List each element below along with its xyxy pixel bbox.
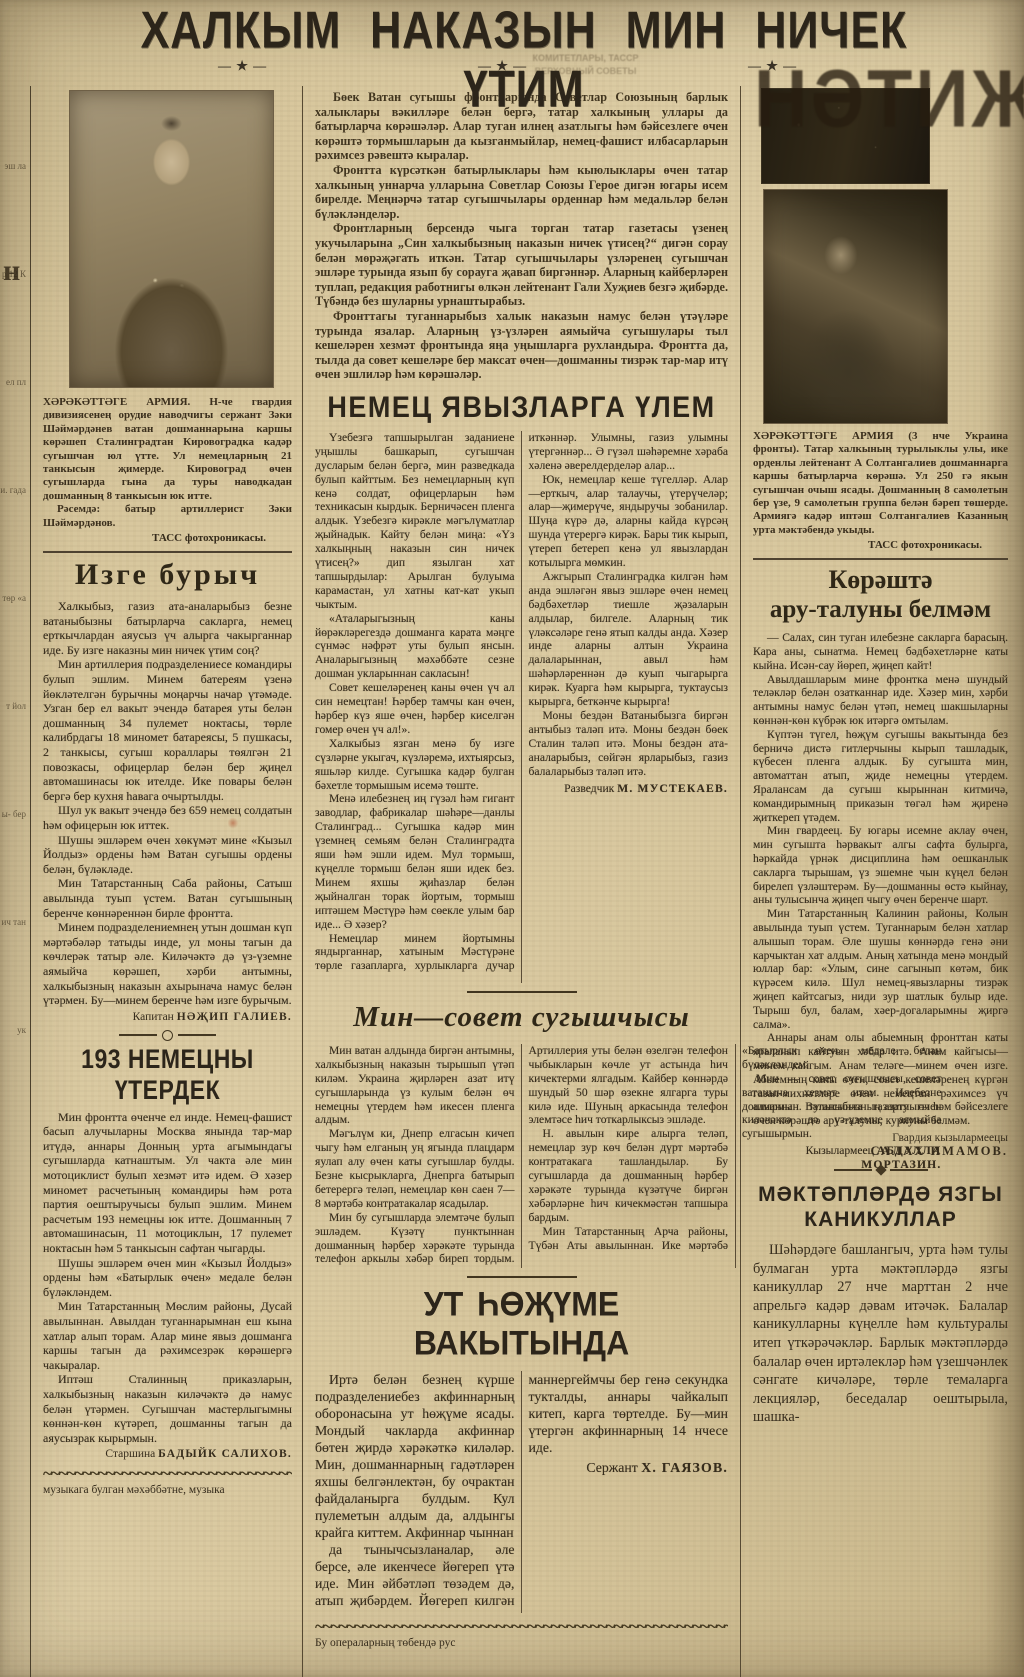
dash-divider: [315, 991, 728, 993]
paragraph: Халкыбыз, газиз ата-аналарыбыз безне ват…: [43, 599, 292, 657]
paragraph: Иртә белән безнең күрше подразделениебез…: [315, 1371, 515, 1541]
left-page-edge: эш лар 12 Кел пли. гада төр «ат йол ы- б…: [0, 86, 31, 1677]
star-divider: — ★ —: [478, 58, 527, 74]
horizontal-rule: [43, 551, 292, 553]
paragraph: Юк, немецлар кеше түгелләр. Алар—ерткыч,…: [529, 473, 729, 570]
paragraph: Фронтларның берсендә чыга торган татар г…: [315, 221, 728, 309]
paragraph: Шушы эшләрем өчен мин «Кызыл Йолдыз» орд…: [43, 1256, 292, 1300]
paragraph: Шәһәрдәге башлангыч, урта һәм тулы булма…: [753, 1241, 1008, 1427]
paragraph: Минем подразделениемнең утын дошман күп …: [43, 920, 292, 1008]
paragraph: Мин фронтта өченче ел инде. Немец-фашист…: [43, 1110, 292, 1256]
newspaper-page: КОМИТЕТЛАРЫ, ТАССР ВЕРХОВНЫЙ СОВЕТЫ ХАЛК…: [0, 0, 1024, 1677]
signature-rank: Гвардия кызылармеецы: [892, 1132, 1008, 1144]
paragraph: Мәгълүм ки, Днепр елгасын кичеп чыгу һәм…: [315, 1127, 515, 1210]
article-body-two-columns: Мин ватан алдында биргән антымны, халкыб…: [315, 1044, 728, 1268]
paragraph: Аннары анам олы абыемның фронттан каты я…: [753, 1031, 1008, 1128]
signature-rank: Сержант: [586, 1460, 637, 1475]
paragraph: Иптәш Сталинның приказларын, халкыбызның…: [43, 1372, 292, 1445]
wavy-rule: [43, 1468, 292, 1480]
paragraph: Ажгырып Сталинградка килгән һәм анда эшл…: [529, 570, 729, 709]
wavy-rule: [315, 1621, 728, 1633]
paragraph: Үзебезгә тапшырылган заданиене уңышлы ба…: [315, 431, 515, 612]
paragraph: Мин гвардеец. Бу югары исемне аклау өчен…: [753, 824, 1008, 907]
signature-name: БАДЫЙК САЛИХОВ.: [158, 1448, 292, 1460]
star-divider: — ★ —: [218, 58, 267, 74]
photo-caption: ХӘРӘКӘТТӘГЕ АРМИЯ (3 нче Украина фронты)…: [753, 430, 1008, 537]
paragraph: — Салах, син туган илебезне сакларга бар…: [753, 631, 1008, 672]
diamond-ornament: [753, 1166, 1008, 1174]
signature-name: Х. ГАЯЗОВ.: [641, 1460, 728, 1475]
article-title-mekteplerde-line2: КАНИКУЛЛАР: [753, 1207, 1008, 1232]
signature-name: НӘҖИП ГАЛИЕВ.: [177, 1011, 292, 1023]
paragraph: Шул ук вакыт эчендә без 659 немец солдат…: [43, 803, 292, 832]
column-grid: эш лар 12 Кел пли. гада төр «ат йол ы- б…: [0, 86, 1024, 1677]
masthead: КОМИТЕТЛАРЫ, ТАССР ВЕРХОВНЫЙ СОВЕТЫ ХАЛК…: [0, 0, 1024, 86]
pilot-photo: [763, 189, 948, 424]
paragraph: Менә илебезнең иң гүзәл һәм гигант завод…: [315, 792, 515, 931]
paragraph: Күптән түгел, һөҗүм сугышы вакытында без…: [753, 728, 1008, 825]
article-body: Халкыбыз, газиз ата-аналарыбыз безне ват…: [43, 599, 292, 1008]
horizontal-rule: [753, 558, 1008, 560]
signature-rank: Капитан: [133, 1011, 174, 1023]
photo-credit: ТАСС фотохроникасы.: [753, 539, 1008, 551]
article-title-193-nemecny: 193 НЕМЕЦНЫ ҮТЕРДЕК: [43, 1044, 292, 1106]
paragraph: Совет кешеләренең каны өчен үч ал син не…: [315, 681, 515, 737]
right-column: ХӘРӘКӘТТӘГЕ АРМИЯ (3 нче Украина фронты)…: [741, 86, 1024, 1677]
signature: Гвардия кызылармеецы САЛАХ ИМАМОВ.: [753, 1132, 1008, 1159]
signature: Старшина БАДЫЙК САЛИХОВ.: [43, 1448, 292, 1460]
article-body: — Салах, син туган илебезне сакларга бар…: [753, 631, 1008, 1128]
signature-rank: Разведчик: [564, 782, 614, 795]
signature-rank: Старшина: [105, 1448, 155, 1460]
star-divider: — ★ —: [748, 58, 797, 74]
paragraph: Фронттагы туганнарыбыз халык наказын нам…: [315, 309, 728, 382]
cut-off-next-article: Бу операларның төбендә рус: [315, 1637, 728, 1650]
paragraph: Авылдашларым мине фронтка менә шундый те…: [753, 673, 1008, 728]
cut-off-next-article: музыкага булган мәхәббәтне, музыка: [43, 1484, 292, 1497]
signature: Разведчик М. МУСТЕКАЕВ.: [529, 782, 729, 796]
signature: Капитан НӘҖИП ГАЛИЕВ.: [43, 1011, 292, 1023]
article-title-ut-hojume: УТ ҺӨҖҮМЕ ВАКЫТЫНДА: [315, 1285, 728, 1363]
paragraph: Мин Татарстанның Калинин районы, Колын а…: [753, 907, 1008, 1031]
paragraph: Шушы эшләрем өчен хөкүмәт мине «Кызыл Йо…: [43, 833, 292, 877]
article-body: Мин фронтта өченче ел инде. Немец-фашист…: [43, 1110, 292, 1446]
article-title-mekteplerde: МӘКТӘПЛӘРДӘ ЯЗГЫ: [753, 1182, 1008, 1207]
photo-caption: ХӘРӘКӘТТӘГЕ АРМИЯ. Н-че гвардия дивизияс…: [43, 396, 292, 503]
paragraph: Мин Татарстанның Саба районы, Сатыш авыл…: [43, 876, 292, 920]
article-title-min-sovet: Мин—совет сугышчысы: [315, 1001, 728, 1034]
paragraph: «Аталарыгызның каны йөрәкләрегездә дошма…: [315, 612, 515, 682]
paragraph: Моны бездән Ватаныбызга биргән антыбыз т…: [529, 709, 729, 779]
paragraph: Мин ватан алдында биргән антымны, халкыб…: [315, 1044, 515, 1127]
left-column: ХӘРӘКӘТТӘГЕ АРМИЯ. Н-че гвардия дивизияс…: [31, 86, 303, 1677]
paragraph: Н. авылын кире алырга теләп, немецлар зу…: [529, 1127, 729, 1224]
cut-off-letter: н: [3, 254, 20, 288]
signature: Сержант Х. ГАЯЗОВ.: [529, 1459, 729, 1476]
article-title-nemec-yavyzlarga: НЕМЕЦ ЯВЫЗЛАРГА ҮЛЕМ: [315, 390, 728, 424]
signature-name: САЛАХ ИМАМОВ.: [753, 1144, 1008, 1159]
editorial-intro: Бөек Ватан сугышы фронтларында Советлар …: [315, 90, 728, 382]
article-title-koreshte: Көрәштә: [753, 566, 1008, 594]
paragraph: Фронтта күрсәткән батырлыклары һәм кыюлы…: [315, 163, 728, 221]
photo-caption-line: Рәсемдә: батыр артиллерист Зәки Шәймәрдә…: [43, 503, 292, 530]
photo-credit: ТАСС фотохроникасы.: [43, 532, 292, 544]
paragraph: Халкыбыз язган менә бу изге сүзләрне укы…: [315, 737, 515, 793]
dash-divider: [315, 1276, 728, 1278]
article-title-koreshte-line2: ару-талуны белмәм: [753, 596, 1008, 623]
paragraph: Мин Татарстанның Мөслим районы, Дусай ав…: [43, 1299, 292, 1372]
article-body-two-columns: Иртә белән безнең күрше подразделениебез…: [315, 1371, 728, 1613]
paragraph: Мин артиллерия подразделениесе командиры…: [43, 657, 292, 803]
soldier-portrait-photo: [69, 90, 274, 388]
cut-off-text-fragments: эш лар 12 Кел пли. гада төр «ат йол ы- б…: [0, 86, 29, 1084]
article-body: Шәһәрдәге башлангыч, урта һәм тулы булма…: [753, 1241, 1008, 1427]
circle-ornament: [43, 1030, 292, 1041]
article-body-two-columns: Үзебезгә тапшырылган заданиене уңышлы ба…: [315, 431, 728, 983]
middle-column: Бөек Ватан сугышы фронтларында Советлар …: [303, 86, 741, 1677]
article-title-izge-burych: Изге бурыч: [43, 558, 292, 592]
signature-name: М. МУСТЕКАЕВ.: [617, 782, 728, 795]
